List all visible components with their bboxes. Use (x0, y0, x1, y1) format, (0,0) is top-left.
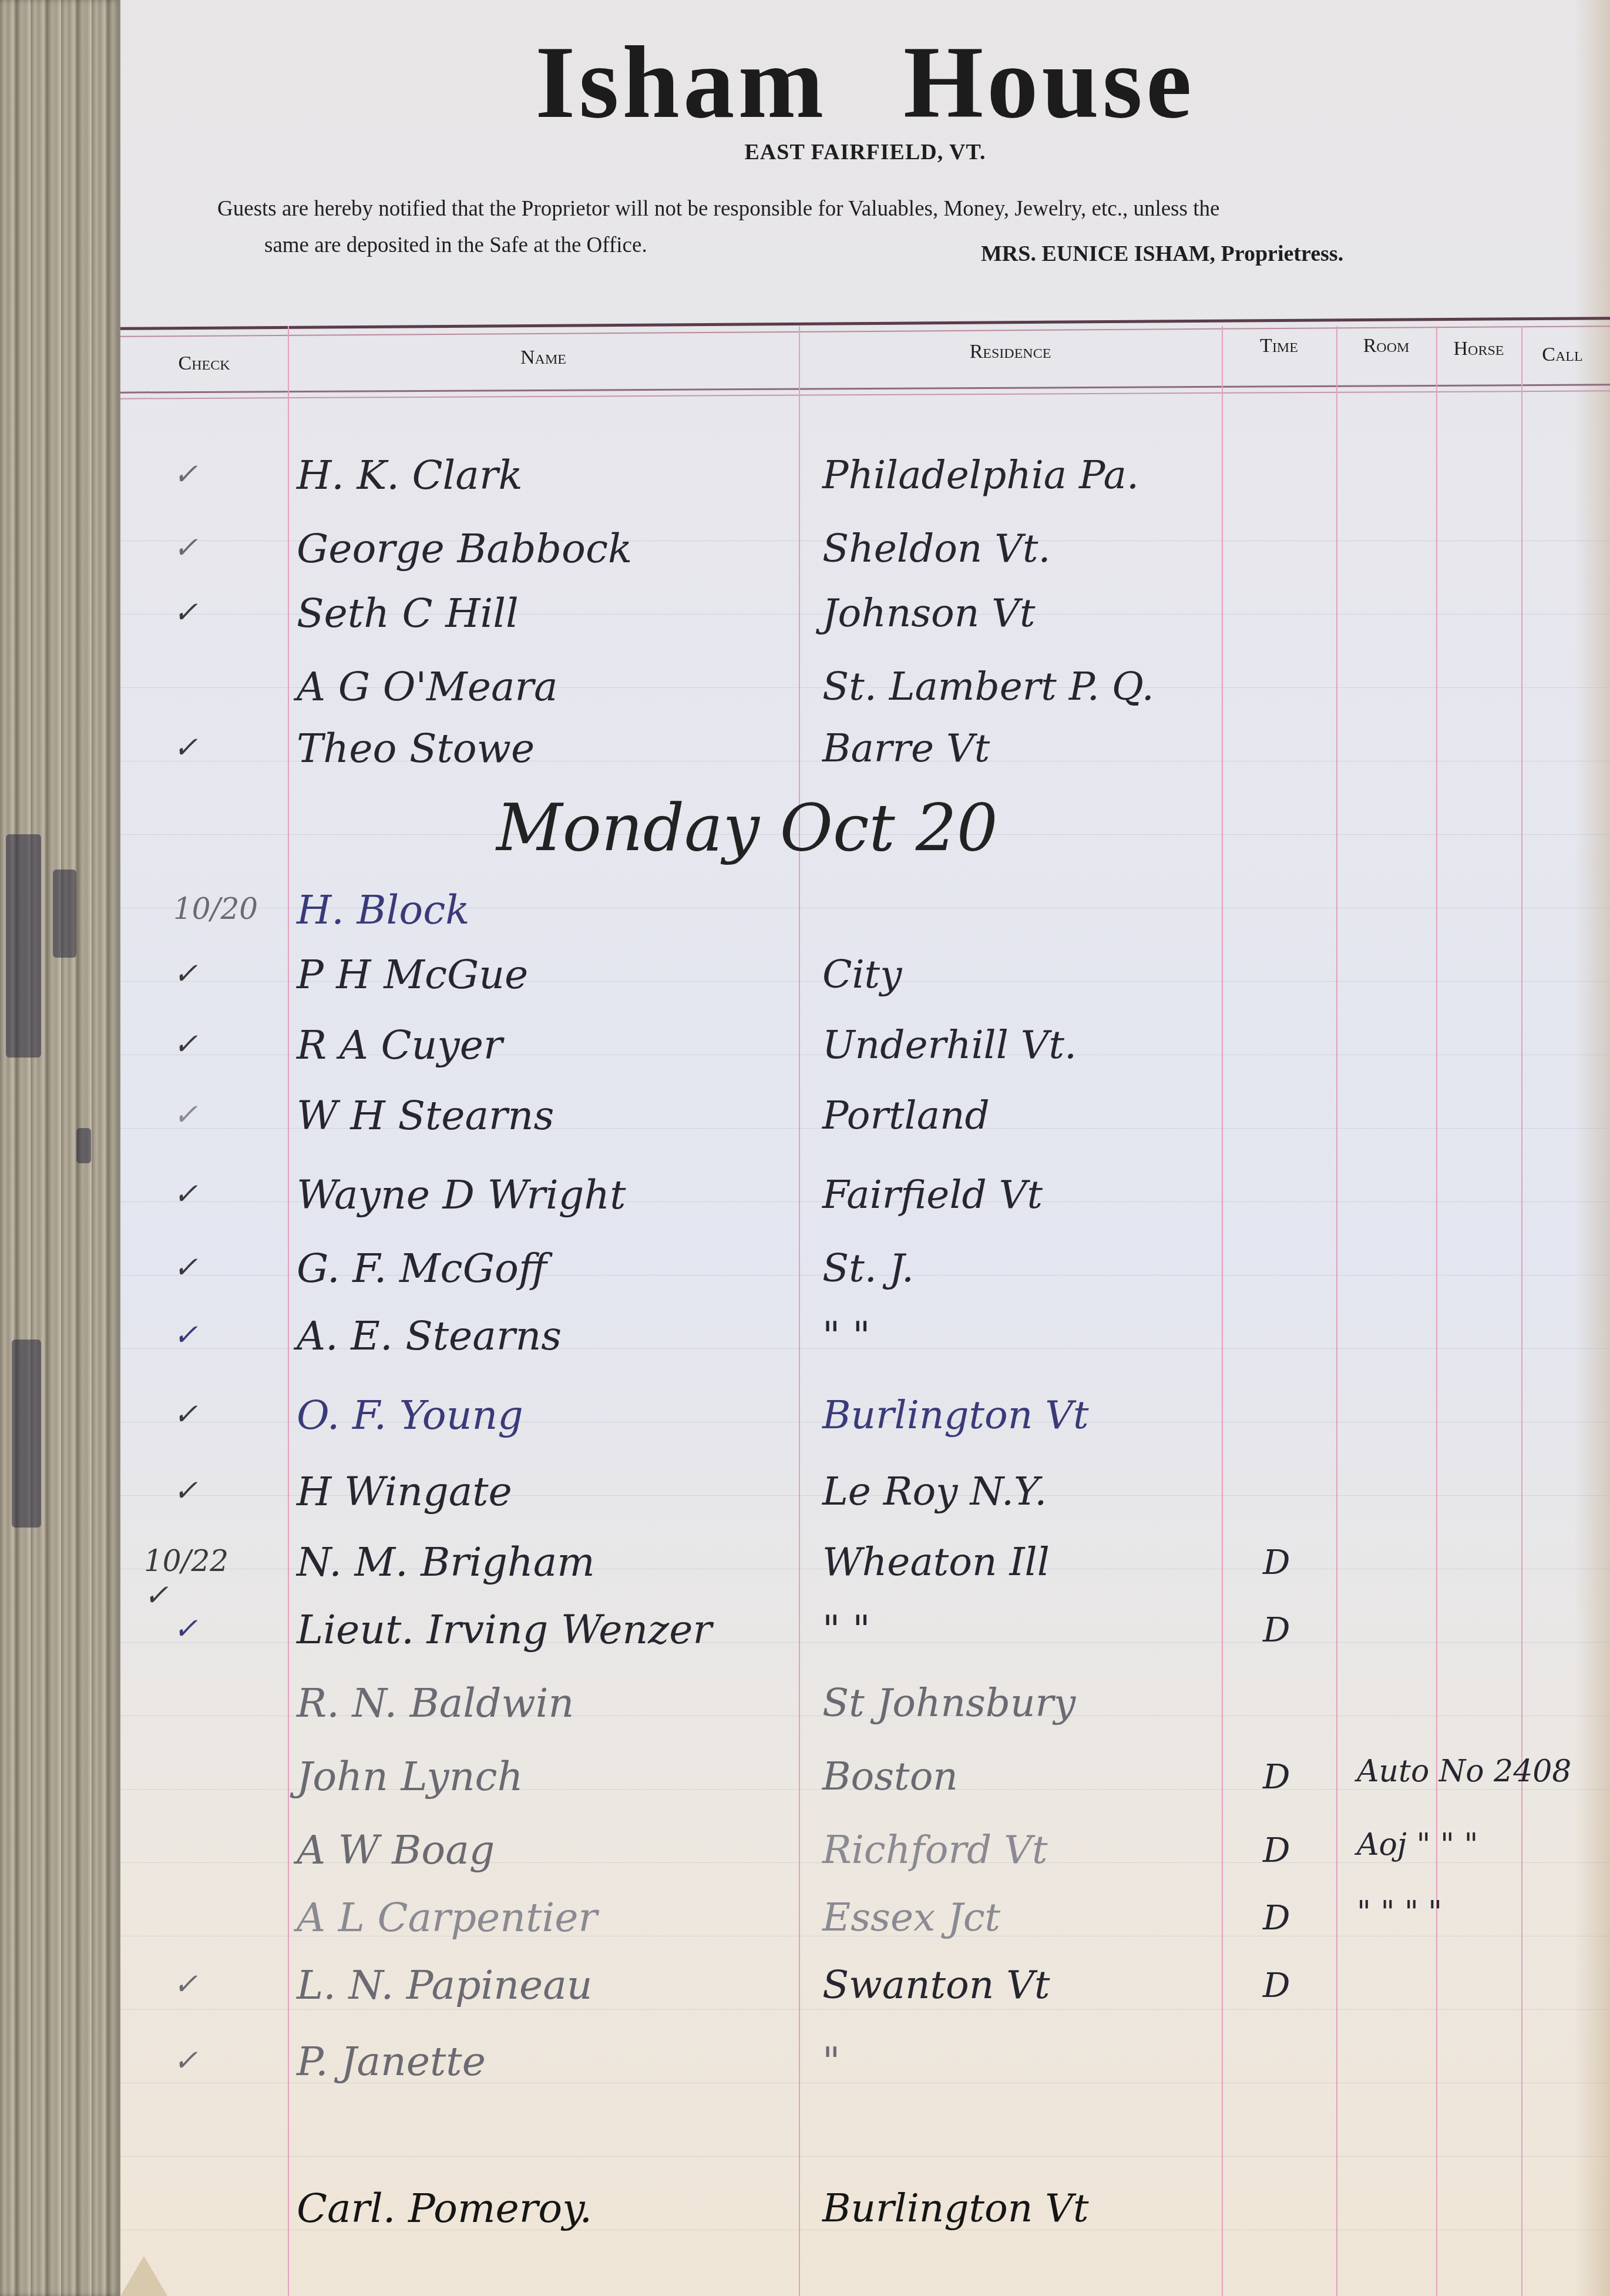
spine-stain (12, 1340, 41, 1528)
register-entry: ✓ P. Janette " (120, 2027, 1610, 2097)
guest-residence: Johnson Vt (822, 590, 1035, 636)
guest-name: Seth C Hill (297, 590, 519, 637)
guest-residence: " " (822, 1313, 870, 1358)
guest-residence: Underhill Vt. (822, 1022, 1077, 1068)
row-rule (120, 2156, 1610, 2157)
check-mark: ✓ (173, 1967, 279, 2001)
register-entry: ✓ L. N. Papineau Swanton Vt D (120, 1951, 1610, 2021)
book-spine-edge (0, 0, 120, 2296)
register-entry: ✓ Theo Stowe Barre Vt (120, 714, 1610, 784)
register-entry: A G O'Meara St. Lambert P. Q. (120, 652, 1610, 723)
guest-name: Carl. Pomeroy. (297, 2186, 592, 2232)
column-header-call: Call (1521, 344, 1604, 366)
guest-name: A G O'Meara (297, 664, 558, 710)
guest-name: H. K. Clark (297, 452, 523, 499)
column-header-name: Name (288, 347, 799, 369)
register-entry: A W Boag Richford Vt D Aoj " " " (120, 1815, 1610, 1886)
check-mark: ✓ (173, 1397, 279, 1431)
check-mark: ✓ (173, 2043, 279, 2077)
column-header-row: Check Name Residence Time Room Horse Cal… (120, 332, 1610, 388)
register-entry: Carl. Pomeroy. Burlington Vt (120, 2174, 1610, 2244)
time-mark: D (1263, 1610, 1290, 1650)
check-mark: ✓ (173, 1177, 279, 1211)
notice-line-1: Guests are hereby notified that the Prop… (217, 191, 1610, 227)
guest-residence: City (822, 952, 902, 997)
guest-name: O. F. Young (297, 1392, 523, 1439)
check-mark: ✓ (173, 956, 279, 991)
register-entry: ✓ Lieut. Irving Wenzer " " D (120, 1595, 1610, 1666)
register-entry: ✓ W H Stearns Portland (120, 1081, 1610, 1152)
register-entry: John Lynch Boston D Auto No 2408 (120, 1742, 1610, 1812)
guest-name: John Lynch (297, 1754, 523, 1800)
column-header-time: Time (1222, 335, 1336, 357)
guest-name: W H Stearns (297, 1093, 554, 1139)
guest-name: R. N. Baldwin (297, 1680, 574, 1727)
spine-stain (6, 834, 41, 1058)
register-entry: A L Carpentier Essex Jct D " " " " (120, 1883, 1610, 1953)
guest-name: Wayne D Wright (297, 1172, 626, 1219)
register-entry: ✓ R A Cuyer Underhill Vt. (120, 1011, 1610, 1081)
guest-residence: St Johnsbury (822, 1680, 1075, 1726)
register-entry: 10/22 ✓ N. M. Brigham Wheaton Ill D (120, 1528, 1610, 1598)
column-header-room: Room (1336, 335, 1436, 357)
register-entry: ✓ George Babbock Sheldon Vt. (120, 514, 1610, 585)
guest-residence: Portland (822, 1093, 990, 1138)
guest-residence: Boston (822, 1754, 958, 1799)
guest-name: A L Carpentier (297, 1895, 597, 1941)
guest-residence: Burlington Vt (822, 1392, 1088, 1438)
check-mark: ✓ (173, 1250, 279, 1284)
guest-residence: St. J. (822, 1246, 914, 1291)
guest-name: H. Block (297, 887, 469, 934)
guest-name: Lieut. Irving Wenzer (297, 1607, 712, 1653)
check-mark: ✓ (173, 1097, 279, 1132)
spine-stain (53, 870, 76, 958)
hotel-location: EAST FAIRFIELD, VT. (120, 139, 1610, 165)
time-mark: D (1263, 1757, 1290, 1797)
guest-residence: Barre Vt (822, 726, 990, 771)
register-entry: ✓ G. F. McGoff St. J. (120, 1234, 1610, 1304)
column-header-residence: Residence (799, 341, 1222, 363)
guest-name: H Wingate (297, 1469, 512, 1515)
guest-residence: Essex Jct (822, 1895, 1000, 1940)
guest-residence: Wheaton Ill (822, 1539, 1050, 1585)
register-entry: ✓ Seth C Hill Johnson Vt (120, 579, 1610, 649)
register-entry: ✓ H Wingate Le Roy N.Y. (120, 1457, 1610, 1528)
proprietress-line: MRS. EUNICE ISHAM, Proprietress. (981, 241, 1568, 267)
date-note: 10/20 (173, 892, 279, 926)
guest-name: N. M. Brigham (297, 1539, 595, 1586)
register-entry: ✓ A. E. Stearns " " (120, 1301, 1610, 1372)
guest-residence: Burlington Vt (822, 2186, 1088, 2231)
register-entry: R. N. Baldwin St Johnsbury (120, 1669, 1610, 1739)
register-entry: ✓ H. K. Clark Philadelphia Pa. (120, 441, 1610, 511)
check-mark: ✓ (173, 1473, 279, 1508)
check-mark: ✓ (173, 1027, 279, 1061)
register-entry: 10/20 H. Block (120, 875, 1610, 946)
check-mark: ✓ (173, 1612, 279, 1646)
register-page: Isham House EAST FAIRFIELD, VT. Guests a… (120, 0, 1610, 2296)
guest-residence: Swanton Vt (822, 1962, 1050, 2008)
check-mark: ✓ (173, 531, 279, 565)
register-entry: ✓ O. F. Young Burlington Vt (120, 1381, 1610, 1451)
guest-name: A W Boag (297, 1827, 495, 1874)
guest-name: L. N. Papineau (297, 1962, 593, 2009)
column-header-horse: Horse (1436, 338, 1521, 360)
register-entry: ✓ P H McGue City (120, 940, 1610, 1011)
guest-name: George Babbock (297, 526, 632, 572)
hotel-title: Isham House (120, 24, 1610, 142)
time-mark: D (1263, 1898, 1290, 1938)
check-mark: ✓ (173, 457, 279, 491)
guest-residence: Fairfield Vt (822, 1172, 1043, 1217)
spine-stain (76, 1128, 91, 1163)
guest-residence: Philadelphia Pa. (822, 452, 1139, 498)
title-word-house: House (903, 24, 1195, 142)
check-mark: ✓ (173, 595, 279, 629)
auto-note: " " " " (1357, 1895, 1442, 1930)
guest-residence: Le Roy N.Y. (822, 1469, 1047, 1514)
guest-residence: Sheldon Vt. (822, 526, 1051, 571)
time-mark: D (1263, 1542, 1290, 1582)
guest-residence: " (822, 2039, 840, 2084)
guest-residence: Richford Vt (822, 1827, 1047, 1872)
guest-name: P H McGue (297, 952, 528, 998)
guest-name: P. Janette (297, 2039, 486, 2085)
guest-name: Theo Stowe (297, 726, 535, 772)
guest-name: G. F. McGoff (297, 1246, 547, 1292)
register-entry: ✓ Wayne D Wright Fairfield Vt (120, 1160, 1610, 1231)
time-mark: D (1263, 1965, 1290, 2005)
day-heading: Monday Oct 20 (496, 790, 998, 865)
column-header-check: Check (120, 353, 288, 375)
guest-name: A. E. Stearns (297, 1313, 562, 1360)
guest-residence: " " (822, 1607, 870, 1652)
guest-residence: St. Lambert P. Q. (822, 664, 1154, 709)
auto-note: Auto No 2408 (1357, 1754, 1571, 1789)
check-mark: ✓ (173, 730, 279, 764)
guest-name: R A Cuyer (297, 1022, 503, 1069)
title-word-isham: Isham (535, 24, 827, 142)
check-mark: ✓ (173, 1318, 279, 1352)
auto-note: Aoj " " " (1357, 1827, 1478, 1862)
time-mark: D (1263, 1830, 1290, 1870)
